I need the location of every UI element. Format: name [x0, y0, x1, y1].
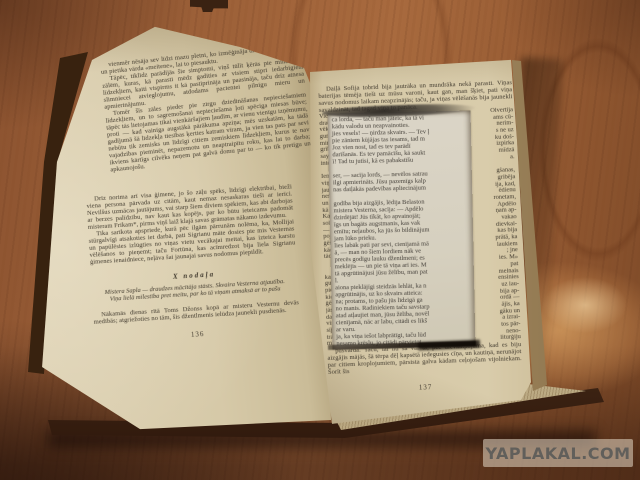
watermark-badge: YAPLAKAL.COM: [483, 439, 633, 467]
right-page: Daiļā Sofija tobrīd bija jautrāka un mun…: [300, 50, 550, 430]
paragraph: Nākamās dienas rītā Toms Džonss kopā ar …: [93, 299, 299, 326]
open-book: vienmēr nēsāja sev līdzi mazu pletni, ko…: [0, 0, 640, 480]
left-page-text-upper: vienmēr nēsāja sev līdzi mazu pletni, ko…: [100, 43, 312, 174]
left-page-text-lower: Drīz norima arī visa ģimene, jo šo zāļu …: [86, 183, 301, 344]
page-number-right: 137: [329, 380, 523, 395]
page-number-left: 136: [95, 324, 301, 345]
cutout-window-revealing-page-beneath: ca lorda, — taču man jāteic, ka tā vikād…: [328, 111, 476, 350]
line-end-fragment: a.: [510, 154, 515, 161]
photo-open-book-on-table: vienmēr nēsāja sev līdzi mazu pletni, ko…: [0, 0, 640, 480]
watermark-text: YAPLAKAL.COM: [485, 444, 630, 463]
